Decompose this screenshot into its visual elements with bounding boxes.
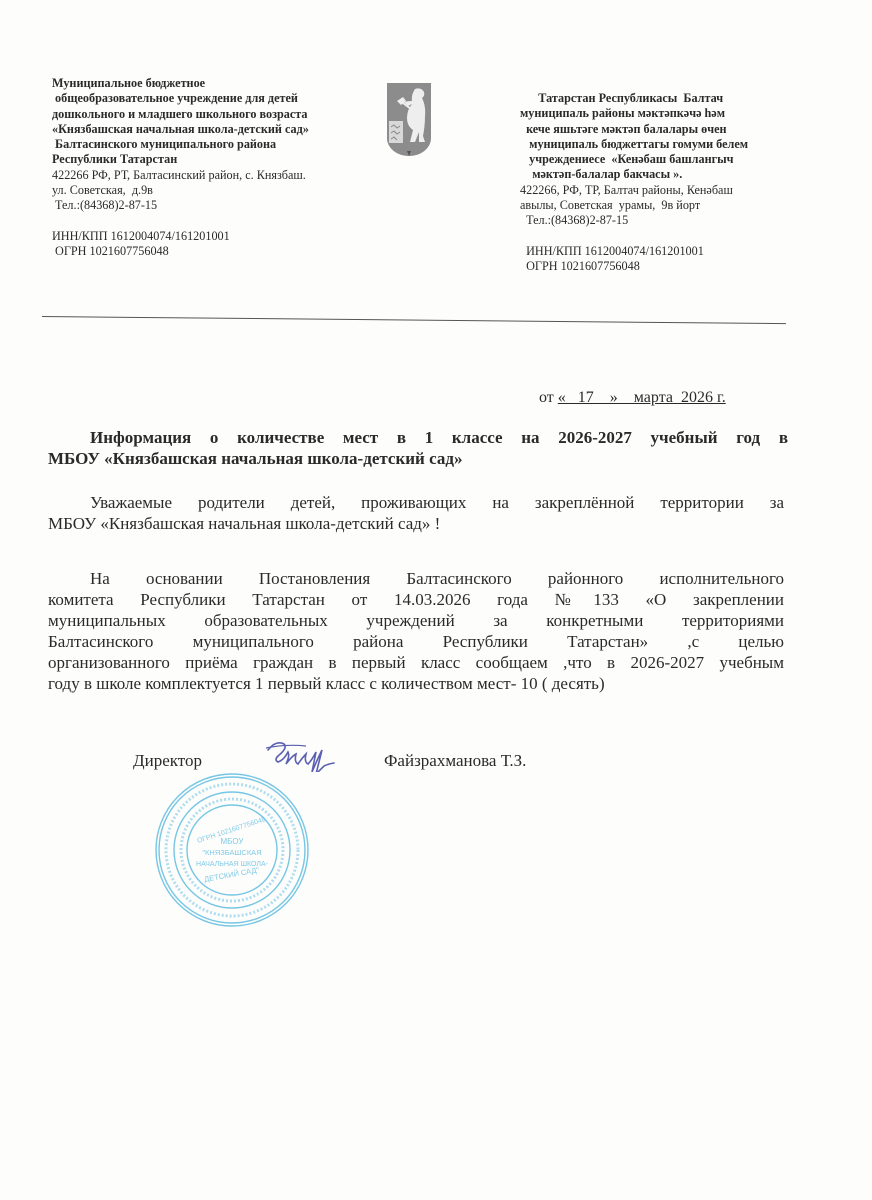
greeting-paragraph: Уважаемые родители детей, проживающих на… (48, 492, 784, 534)
institution-name-line: учреждениесе «Кенәбаш башлангыч (520, 152, 810, 167)
director-label: Директор (133, 751, 202, 771)
body-line: организованного приёма граждан в первый … (48, 652, 784, 673)
address-line: ул. Советская, д.9в (52, 183, 372, 198)
address-line: 422266 РФ, РТ, Балтасинский район, с. Кн… (52, 168, 372, 183)
title-line: Информация о количестве мест в 1 классе … (48, 427, 788, 448)
institution-name-line: дошкольного и младшего школьного возраст… (52, 107, 372, 122)
date-prefix: от (539, 389, 558, 406)
address-line: 422266, РФ, ТР, Балтач районы, Кенәбаш (520, 183, 810, 198)
institution-name-line: Муниципальное бюджетное (52, 76, 372, 91)
svg-text:"КНЯЗБАШСКАЯ: "КНЯЗБАШСКАЯ (202, 848, 261, 857)
institution-name-line: кече яшьтәге мәктәп балалары өчен (520, 122, 810, 137)
director-name: Файзрахманова Т.З. (384, 751, 526, 771)
body-line: На основании Постановления Балтасинского… (48, 568, 784, 589)
institution-name-line: Республики Татарстан (52, 152, 372, 167)
phone-line: Тел.:(84368)2-87-15 (520, 213, 810, 228)
body-line: году в школе комплектуется 1 первый клас… (48, 673, 784, 694)
institution-name-line: общеобразовательное учреждение для детей (52, 91, 372, 106)
institution-name-line: муниципаль бюджеттагы гомуми белем (520, 137, 810, 152)
svg-text:ДЕТСКИЙ САД": ДЕТСКИЙ САД" (203, 865, 260, 884)
inn-kpp: ИНН/КПП 1612004074/161201001 (52, 229, 372, 244)
document-date: от « 17 » марта 2026 г. (539, 389, 726, 407)
ogrn: ОГРН 1021607756048 (520, 259, 810, 274)
institution-name-line: муниципаль районы мәктәпкәчә һәм (520, 106, 810, 121)
greeting-line: МБОУ «Князбашская начальная школа-детски… (48, 513, 784, 534)
institution-name-line: «Князбашская начальная школа-детский сад… (52, 122, 372, 137)
title-line: МБОУ «Князбашская начальная школа-детски… (48, 448, 788, 469)
inn-kpp: ИНН/КПП 1612004074/161201001 (520, 244, 810, 259)
institution-name-line: Балтасинского муниципального района (52, 137, 372, 152)
institution-name-line: Татарстан Республикасы Балтач (520, 91, 810, 106)
address-line: авылы, Советская урамы, 9в йорт (520, 198, 810, 213)
ogrn: ОГРН 1021607756048 (52, 244, 372, 259)
date-value: « 17 » марта 2026 г. (558, 389, 726, 406)
round-seal-stamp-icon: ОГРН 1021607756048 МБОУ "КНЯЗБАШСКАЯ НАЧ… (152, 770, 312, 935)
header-right-institution-tatar: Татарстан Республикасы Балтач муниципаль… (520, 91, 810, 274)
coat-of-arms-bear-icon (387, 83, 431, 156)
phone-line: Тел.:(84368)2-87-15 (52, 198, 372, 213)
greeting-line: Уважаемые родители детей, проживающих на… (48, 492, 784, 513)
handwritten-signature-icon (262, 736, 352, 777)
body-line: муниципальных образовательных учреждений… (48, 610, 784, 631)
header-left-institution: Муниципальное бюджетное общеобразователь… (52, 76, 372, 259)
institution-name-line: мәктәп-балалар бакчасы ». (520, 167, 810, 182)
body-line: комитета Республики Татарстан от 14.03.2… (48, 589, 784, 610)
body-line: Балтасинского муниципального района Респ… (48, 631, 784, 652)
header-divider (42, 316, 786, 324)
document-title: Информация о количестве мест в 1 классе … (48, 427, 788, 469)
body-paragraph: На основании Постановления Балтасинского… (48, 568, 784, 694)
svg-text:МБОУ: МБОУ (221, 837, 245, 846)
